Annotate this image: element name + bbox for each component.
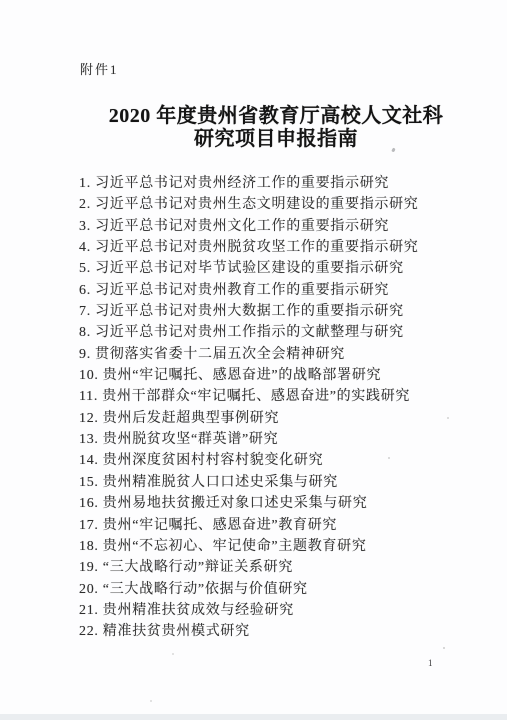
list-item: 12. 贵州后发赶超典型事例研究 — [79, 408, 419, 429]
list-item: 14. 贵州深度贫困村村容村貌变化研究 — [79, 450, 419, 471]
scan-speck — [443, 647, 445, 649]
list-item: 8. 习近平总书记对贵州工作指示的文献整理与研究 — [79, 322, 419, 343]
list-item: 15. 贵州精准脱贫人口口述史采集与研究 — [79, 472, 419, 493]
list-item: 10. 贵州“牢记嘱托、感恩奋进”的战略部署研究 — [79, 365, 419, 386]
list-item: 5. 习近平总书记对毕节试验区建设的重要指示研究 — [79, 258, 419, 279]
list-item: 22. 精准扶贫贵州模式研究 — [79, 621, 419, 642]
list-item: 9. 贯彻落实省委十二届五次全会精神研究 — [79, 344, 419, 365]
page-number: 1 — [428, 658, 433, 668]
topic-list: 1. 习近平总书记对贵州经济工作的重要指示研究2. 习近平总书记对贵州生态文明建… — [79, 173, 419, 643]
list-item: 16. 贵州易地扶贫搬迁对象口述史采集与研究 — [79, 493, 419, 514]
scan-speck — [150, 700, 152, 702]
list-item: 4. 习近平总书记对贵州脱贫攻坚工作的重要指示研究 — [79, 237, 419, 258]
attachment-label: 附件1 — [80, 59, 119, 78]
list-item: 17. 贵州“牢记嘱托、感恩奋进”教育研究 — [79, 515, 419, 536]
list-item: 20. “三大战略行动”依据与价值研究 — [79, 579, 419, 600]
list-item: 6. 习近平总书记对贵州教育工作的重要指示研究 — [79, 280, 419, 301]
scan-edge-shadow — [0, 714, 507, 720]
title-line-2: 研究项目申报指南 — [80, 128, 472, 151]
list-item: 1. 习近平总书记对贵州经济工作的重要指示研究 — [79, 173, 419, 194]
list-item: 21. 贵州精准扶贫成效与经验研究 — [79, 600, 419, 621]
list-item: 19. “三大战略行动”辩证关系研究 — [79, 557, 419, 578]
list-item: 7. 习近平总书记对贵州大数据工作的重要指示研究 — [79, 301, 419, 322]
scan-speck — [172, 653, 174, 655]
scan-speck — [388, 457, 390, 459]
scan-speck — [447, 417, 449, 419]
scan-speck — [391, 148, 396, 153]
title-line-1: 2020 年度贵州省教育厅高校人文社科 — [80, 105, 472, 128]
list-item: 2. 习近平总书记对贵州生态文明建设的重要指示研究 — [79, 194, 419, 215]
list-item: 3. 习近平总书记对贵州文化工作的重要指示研究 — [79, 216, 419, 237]
scanned-document-page: 附件1 2020 年度贵州省教育厅高校人文社科 研究项目申报指南 1. 习近平总… — [0, 0, 507, 720]
list-item: 11. 贵州干部群众“牢记嘱托、感恩奋进”的实践研究 — [79, 386, 419, 407]
list-item: 18. 贵州“不忘初心、牢记使命”主题教育研究 — [79, 536, 419, 557]
document-title: 2020 年度贵州省教育厅高校人文社科 研究项目申报指南 — [80, 105, 472, 151]
list-item: 13. 贵州脱贫攻坚“群英谱”研究 — [79, 429, 419, 450]
